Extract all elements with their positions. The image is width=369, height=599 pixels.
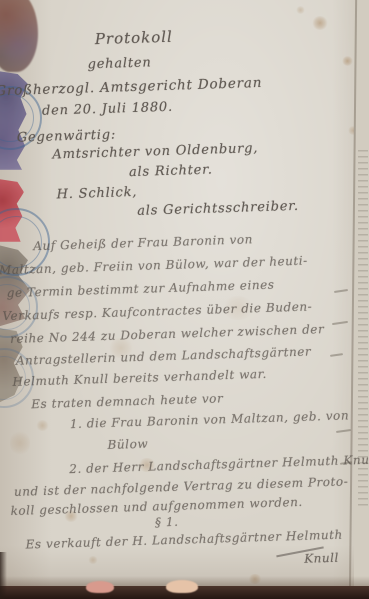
body-line: Auf Geheiß der Frau Baronin von [33,232,253,253]
document-photo: Protokoll gehalten Großherzogl. Amtsgeri… [0,0,369,599]
fingertip [86,581,114,593]
handwritten-text-layer: Protokoll gehalten Großherzogl. Amtsgeri… [0,0,369,599]
judge-role: als Richter. [129,162,213,180]
clerk-role: als Gerichtsschreiber. [137,199,299,219]
body-line: ge Termin bestimmt zur Aufnahme eines [6,278,274,300]
present-label: Gegenwärtig: [17,127,117,145]
court-line: Großherzogl. Amtsgericht Doberan [0,75,262,99]
section-mark: § 1. [155,515,179,530]
body-line: Bülow [107,437,148,452]
clerk-line: H. Schlick, [56,185,137,203]
date-line: den 20. Juli 1880. [42,100,173,119]
body-line: 1. die Frau Baronin von Maltzan, geb. vo… [70,408,350,431]
body-line: Es verkauft der H. Landschaftsgärtner He… [25,528,343,552]
signature: Knull [304,551,339,566]
body-line: Es traten demnach heute vor [31,391,223,411]
judge-line: Amtsrichter von Oldenburg, [52,141,258,162]
header-subtitle: gehalten [87,55,151,72]
body-line: reihe No 244 zu Doberan welcher zwischen… [10,322,325,346]
body-line: 2. der Herr Landschaftsgärtner Helmuth K… [69,452,369,476]
body-line: Antragstellerin und dem Landschaftsgärtn… [16,344,312,367]
body-line: Helmuth Knull bereits verhandelt war. [12,367,267,389]
body-line: Maltzan, geb. Freiin von Bülow, war der … [0,254,308,278]
page-corner-shadow [0,552,7,599]
fingertip [166,580,198,593]
body-line: Verkaufs resp. Kaufcontractes über die B… [2,299,312,323]
protocol-title: Protokoll [95,28,174,48]
